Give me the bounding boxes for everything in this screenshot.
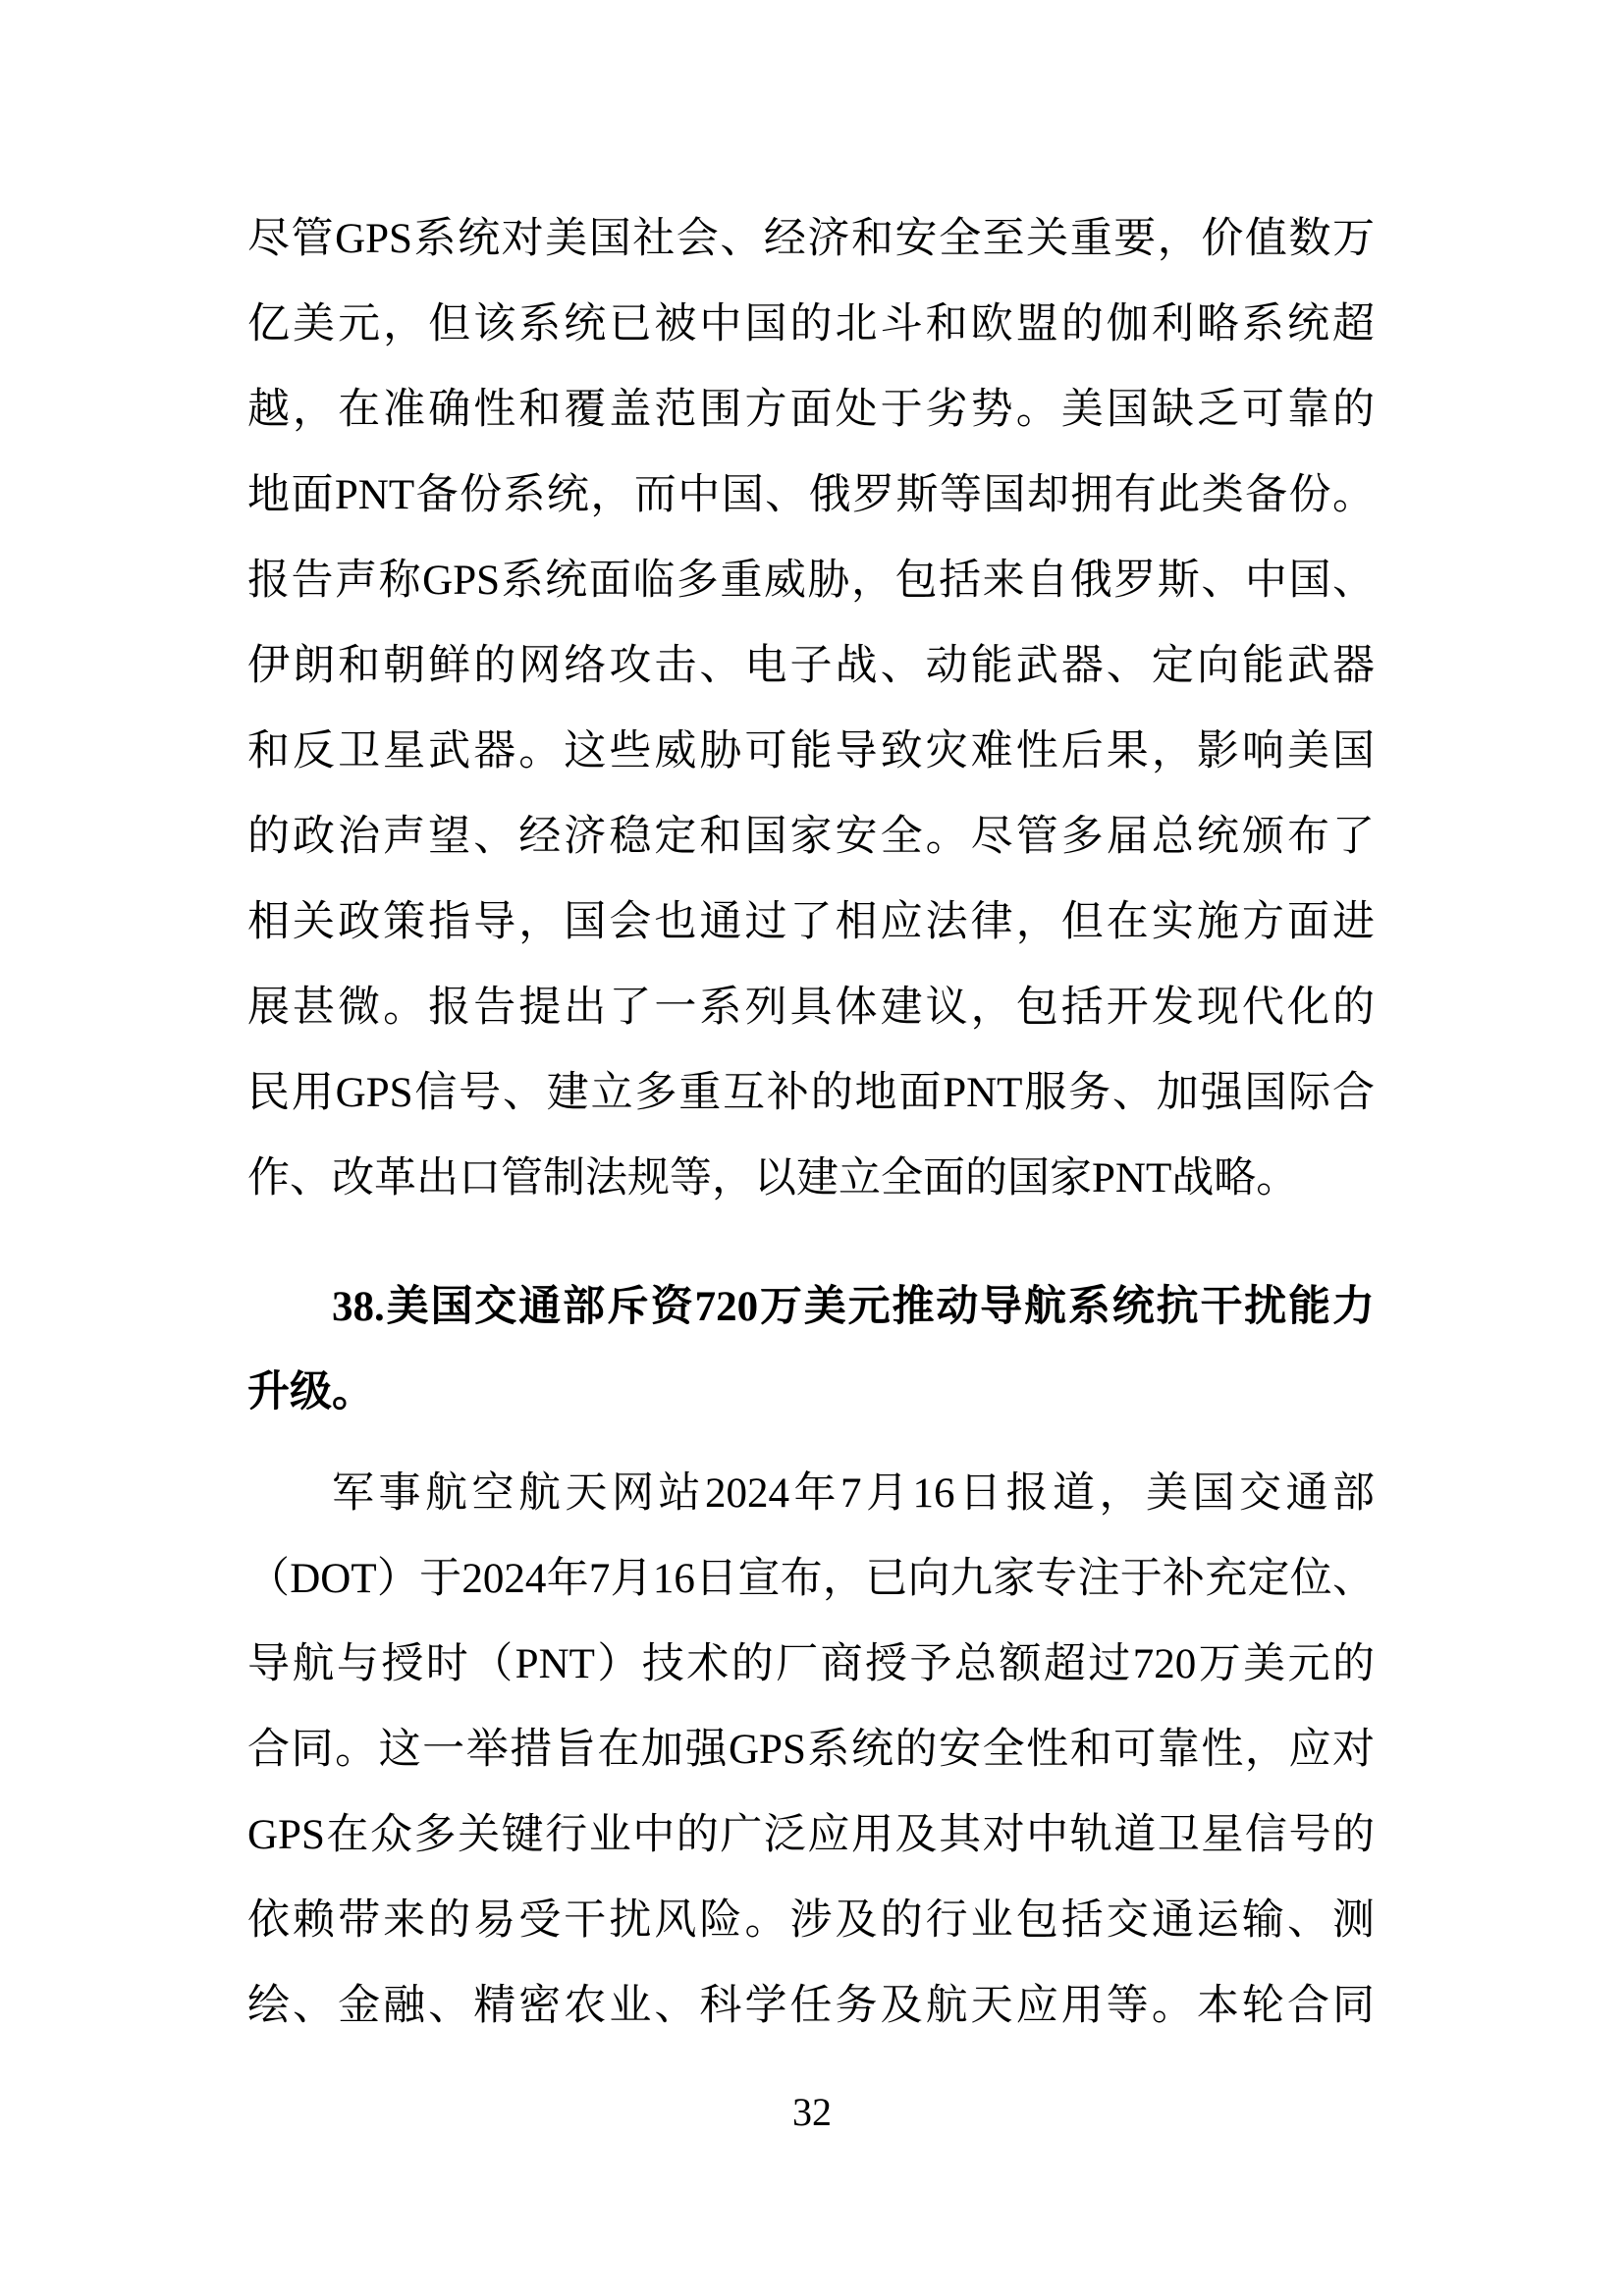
- body-line: 民用GPS信号、建立多重互补的地面PNT服务、加强国际合: [247, 1050, 1375, 1136]
- body-line: 作、改革出口管制法规等，以建立全面的国家PNT战略。: [247, 1136, 1375, 1221]
- body-line: 亿美元，但该系统已被中国的北斗和欧盟的伽利略系统超: [247, 282, 1375, 367]
- body-line: 尽管GPS系统对美国社会、经济和安全至关重要，价值数万: [247, 196, 1375, 282]
- body-line: 和反卫星武器。这些威胁可能导致灾难性后果，影响美国: [247, 709, 1375, 794]
- body-line: 展甚微。报告提出了一系列具体建议，包括开发现代化的: [247, 965, 1375, 1050]
- body-line: 导航与授时（PNT）技术的厂商授予总额超过720万美元的: [247, 1622, 1375, 1707]
- page-number: 32: [0, 2087, 1624, 2138]
- body-line: 合同。这一举措旨在加强GPS系统的安全性和可靠性，应对: [247, 1707, 1375, 1792]
- body-line: 越，在准确性和覆盖范围方面处于劣势。美国缺乏可靠的: [247, 367, 1375, 453]
- body-line: 军事航空航天网站2024年7月16日报道，美国交通部: [247, 1451, 1375, 1536]
- body-line: 报告声称GPS系统面临多重威胁，包括来自俄罗斯、中国、: [247, 538, 1375, 623]
- body-line: 绘、金融、精密农业、科学任务及航天应用等。本轮合同: [247, 1963, 1375, 2049]
- body-line: 伊朗和朝鲜的网络攻击、电子战、动能武器、定向能武器: [247, 623, 1375, 709]
- section-heading-38: 38.美国交通部斥资720万美元推动导航系统抗干扰能力 升级。: [247, 1264, 1375, 1435]
- body-line: GPS在众多关键行业中的广泛应用及其对中轨道卫星信号的: [247, 1792, 1375, 1878]
- body-line: 相关政策指导，国会也通过了相应法律，但在实施方面进: [247, 880, 1375, 965]
- document-page: 尽管GPS系统对美国社会、经济和安全至关重要，价值数万 亿美元，但该系统已被中国…: [0, 0, 1624, 2296]
- paragraph-gps-report: 尽管GPS系统对美国社会、经济和安全至关重要，价值数万 亿美元，但该系统已被中国…: [247, 196, 1375, 1221]
- text-block: 尽管GPS系统对美国社会、经济和安全至关重要，价值数万 亿美元，但该系统已被中国…: [247, 196, 1375, 2049]
- heading-line: 升级。: [247, 1350, 1375, 1435]
- paragraph-dot-contracts: 军事航空航天网站2024年7月16日报道，美国交通部 （DOT）于2024年7月…: [247, 1451, 1375, 2049]
- body-line: 地面PNT备份系统，而中国、俄罗斯等国却拥有此类备份。: [247, 453, 1375, 538]
- body-line: （DOT）于2024年7月16日宣布，已向九家专注于补充定位、: [247, 1536, 1375, 1622]
- body-line: 的政治声望、经济稳定和国家安全。尽管多届总统颁布了: [247, 794, 1375, 880]
- heading-line: 38.美国交通部斥资720万美元推动导航系统抗干扰能力: [247, 1264, 1375, 1350]
- body-line: 依赖带来的易受干扰风险。涉及的行业包括交通运输、测: [247, 1878, 1375, 1963]
